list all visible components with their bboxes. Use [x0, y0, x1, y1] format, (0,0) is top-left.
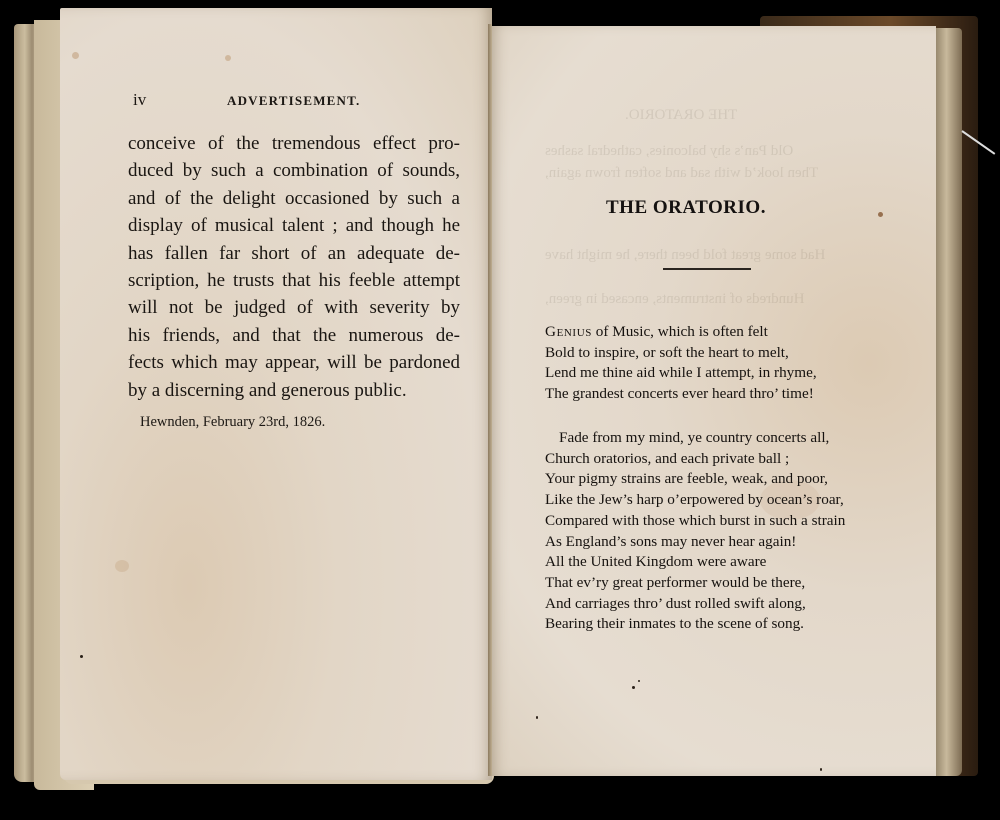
ink-speck: [638, 680, 640, 682]
verse-line: Fade from my mind, ye country concerts a…: [545, 428, 845, 449]
text-line: and of the delight occasioned by such a: [128, 185, 460, 212]
verse-line: As England’s sons may never hear again!: [545, 532, 845, 553]
text-line: by a discerning and generous public.: [128, 377, 460, 404]
verse-line: Bearing their inmates to the scene of so…: [545, 614, 845, 635]
foxing-spot: [115, 560, 129, 572]
signature-date: Hewnden, February 23rd, 1826.: [140, 414, 325, 431]
ink-speck: [80, 655, 83, 658]
book-gutter: [488, 24, 492, 776]
verse-line: All the United Kingdom were aware: [545, 552, 845, 573]
verse-line-rest: of Music, which is often felt: [592, 323, 768, 340]
verse-line: That ev’ry great performer would be ther…: [545, 573, 845, 594]
text-line: scription, he trusts that his feeble att…: [128, 267, 460, 294]
show-through-text: Hundreds of instruments, encased in gree…: [545, 288, 805, 310]
stanza-2: Fade from my mind, ye country concerts a…: [545, 428, 845, 635]
page-number: iv: [133, 90, 146, 110]
show-through-text: Old Pan’s shy balconies, cathedral sashe…: [545, 140, 793, 162]
verse-line: Your pigmy strains are feeble, weak, and…: [545, 469, 845, 490]
verse-line: Lend me thine aid while I attempt, in rh…: [545, 363, 817, 384]
foxing-spot: [225, 55, 231, 61]
stanza-1: Genius of Music, which is often felt Bol…: [545, 322, 817, 405]
show-through-text: Had some great fold been there, he might…: [545, 244, 825, 266]
text-line: his friends, and that the numerous de-: [128, 322, 460, 349]
foxing-spot: [878, 212, 883, 217]
ink-speck: [820, 768, 822, 771]
running-head-title: ADVERTISEMENT.: [227, 93, 360, 109]
verse-line: Like the Jew’s harp o’erpowered by ocean…: [545, 490, 845, 511]
show-through-text: THE ORATORIO.: [625, 104, 737, 126]
advertisement-text: conceive of the tremendous effect pro- d…: [128, 130, 460, 404]
verse-line: Compared with those which burst in such …: [545, 511, 845, 532]
verse-line: The grandest concerts ever heard thro’ t…: [545, 384, 817, 405]
text-line: has fallen far short of an adequate de-: [128, 240, 460, 267]
text-line: duced by such a combination of sounds,: [128, 157, 460, 184]
verse-first-word: Genius: [545, 323, 592, 340]
verse-line: And carriages thro’ dust rolled swift al…: [545, 594, 845, 615]
open-book-photo: iv ADVERTISEMENT. conceive of the tremen…: [0, 0, 1000, 820]
foxing-spot: [72, 52, 79, 59]
poem-title: THE ORATORIO.: [606, 197, 766, 219]
text-line: conceive of the tremendous effect pro-: [128, 130, 460, 157]
title-rule: [663, 268, 751, 270]
ink-speck: [536, 716, 538, 719]
verse-line: Church oratorios, and each private ball …: [545, 449, 845, 470]
show-through-text: Then look’d with sad and soften frown ag…: [545, 162, 818, 184]
text-line: will not be judged of with severity by: [128, 294, 460, 321]
verse-line: Genius of Music, which is often felt: [545, 322, 817, 343]
ink-speck: [632, 686, 635, 689]
text-line: fects which may appear, will be pardoned: [128, 349, 460, 376]
text-line: display of musical talent ; and though h…: [128, 212, 460, 239]
verse-line: Bold to inspire, or soft the heart to me…: [545, 343, 817, 364]
